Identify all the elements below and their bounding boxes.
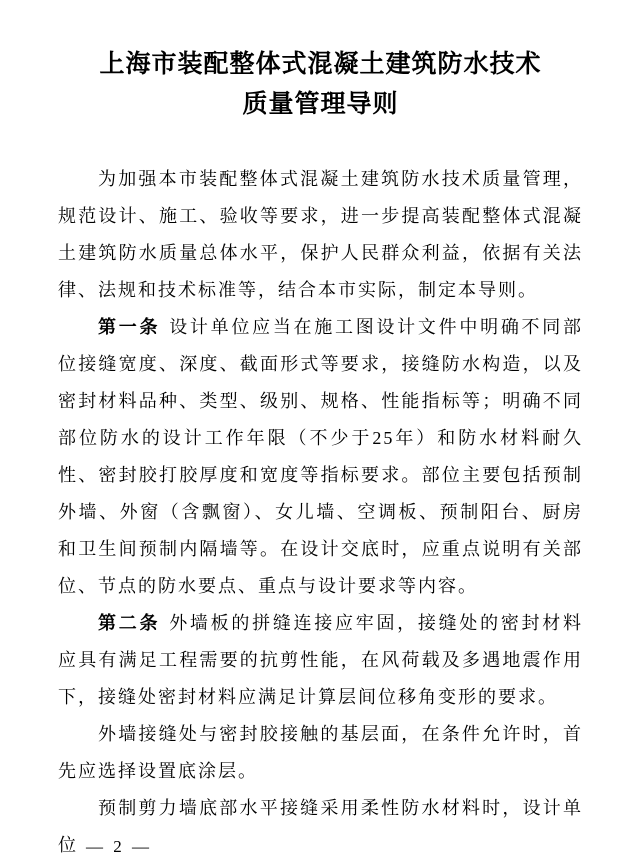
document-title: 上海市装配整体式混凝土建筑防水技术 质量管理导则 xyxy=(58,44,583,124)
document-body: 为加强本市装配整体式混凝土建筑防水技术质量管理，规范设计、施工、验收等要求，进一… xyxy=(58,161,583,862)
document-title-line-1: 上海市装配整体式混凝土建筑防水技术 xyxy=(58,44,583,84)
paragraph-base-surface: 外墙接缝处与密封胶接触的基层面，在条件允许时，首先应选择设置底涂层。 xyxy=(58,716,583,790)
page-number: — 2 — xyxy=(86,837,152,857)
paragraph-article-1: 第一条设计单位应当在施工图设计文件中明确不同部位接缝宽度、深度、截面形式等要求，… xyxy=(58,309,583,605)
paragraph-preamble: 为加强本市装配整体式混凝土建筑防水技术质量管理，规范设计、施工、验收等要求，进一… xyxy=(58,161,583,309)
paragraph-article-1-text: 设计单位应当在施工图设计文件中明确不同部位接缝宽度、深度、截面形式等要求，接缝防… xyxy=(58,317,583,596)
paragraph-base-surface-text: 外墙接缝处与密封胶接触的基层面，在条件允许时，首先应选择设置底涂层。 xyxy=(58,724,583,781)
article-2-number-label: 第二条 xyxy=(98,613,160,633)
document-page: 上海市装配整体式混凝土建筑防水技术 质量管理导则 为加强本市装配整体式混凝土建筑… xyxy=(0,0,641,862)
document-title-line-2: 质量管理导则 xyxy=(58,84,583,124)
article-1-number-label: 第一条 xyxy=(98,317,160,337)
paragraph-preamble-text: 为加强本市装配整体式混凝土建筑防水技术质量管理，规范设计、施工、验收等要求，进一… xyxy=(58,169,583,300)
paragraph-article-2: 第二条外墙板的拼缝连接应牢固，接缝处的密封材料应具有满足工程需要的抗剪性能，在风… xyxy=(58,605,583,716)
